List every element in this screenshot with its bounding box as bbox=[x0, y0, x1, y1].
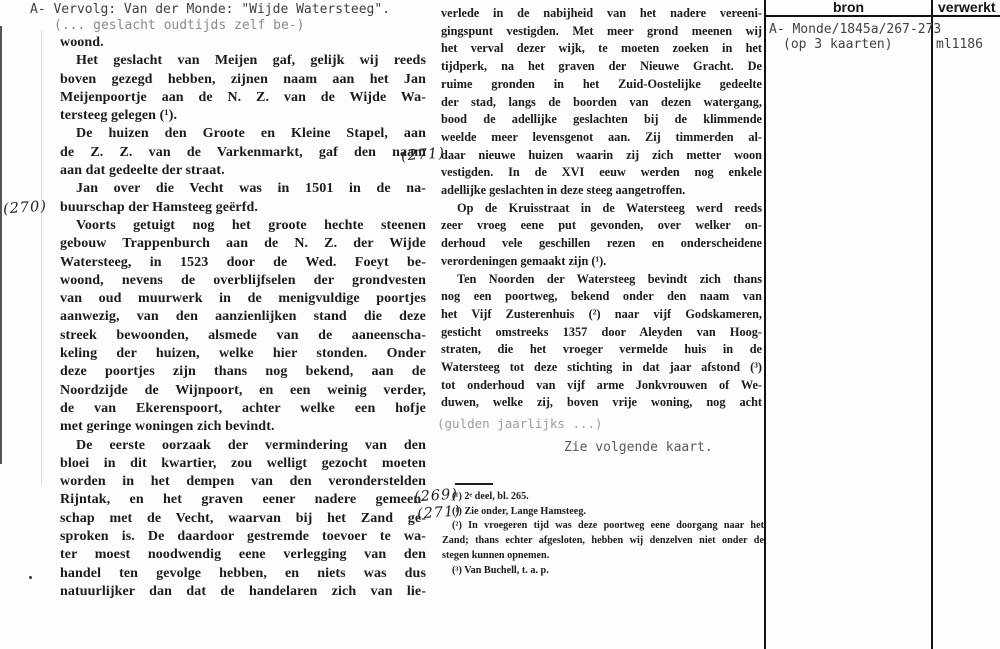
scanned-archive-card: A- Vervolg: Van der Monde: "Wijde Waters… bbox=[0, 0, 1000, 649]
text-line: van oud muurwerk in de menigvuldige poor… bbox=[60, 290, 426, 308]
text-line: gebouw Trappenburch aan de N. Z. der Wij… bbox=[60, 235, 426, 253]
text-line: streek bewoonden, alsmede van de aaneens… bbox=[60, 327, 426, 345]
text-line: Het geslacht van Meijen gaf, gelijk wij … bbox=[60, 52, 426, 70]
text-line: boven gezegd hebben, zijnen naam aan het… bbox=[60, 71, 426, 89]
right-text-column: verlede in de nabijheid van het nadere v… bbox=[441, 5, 762, 412]
clipping-edge-shadow bbox=[41, 30, 42, 485]
text-line: gesticht omstreeks 1357 door Aleyden van… bbox=[441, 324, 762, 342]
text-line: aan dat gedeelte der straat. bbox=[60, 162, 426, 180]
typed-note-gulden: (gulden jaarlijks ...) bbox=[437, 416, 603, 431]
table-column-divider bbox=[931, 0, 933, 649]
text-line: straten, die het vroeger vermelde huis i… bbox=[441, 341, 762, 359]
text-line: worden in het dempen van den veronderste… bbox=[60, 473, 426, 491]
text-line: deze poortjes zijn thans nog bekend, aan… bbox=[60, 363, 426, 381]
text-line: Ten Noorden der Watersteeg bevindt zich … bbox=[441, 271, 762, 289]
text-line: vestigden. In de XVI eeuw werden nog enk… bbox=[441, 164, 762, 182]
clipping-edge-line bbox=[0, 26, 2, 464]
text-line: adellijke geslachten in deze steeg aange… bbox=[441, 182, 762, 200]
text-line: zeer vroeg eene put gevonden, over welke… bbox=[441, 217, 762, 235]
text-line: tot onderhoud van vijf arme Jonkvrouwen … bbox=[441, 377, 762, 395]
text-line: verlede in de nabijheid van het nadere v… bbox=[441, 5, 762, 23]
text-line: (³) Van Buchell, t. a. p. bbox=[442, 564, 764, 579]
text-line: Rijntak, en het graven eener nadere geme… bbox=[60, 491, 426, 509]
typed-header-line1: A- Vervolg: Van der Monde: "Wijde Waters… bbox=[30, 2, 390, 17]
text-line: schap met de Vecht, waarvan bij het Zand… bbox=[60, 510, 426, 528]
text-line: bood de adellijke geslachten bij de klim… bbox=[441, 111, 762, 129]
text-line: de Z. Z. van de Varkenmarkt, gaf den naa… bbox=[60, 144, 426, 162]
text-line: daar nieuwe huizen waarin zij zich mette… bbox=[441, 147, 762, 165]
text-line: der stad, langs de boorden van dezen wat… bbox=[441, 94, 762, 112]
bron-value-line2: (op 3 kaarten) bbox=[783, 37, 893, 52]
text-line: stegen kunnen opnemen. bbox=[442, 549, 764, 564]
text-line: buurschap der Hamsteeg geërfd. bbox=[60, 199, 426, 217]
text-line: bloei in dit kwartier, zou welligt gezoc… bbox=[60, 455, 426, 473]
text-line: het Vijf Zusterenhuis (²) naar vijf Gods… bbox=[441, 306, 762, 324]
left-text-column: woond.Het geslacht van Meijen gaf, gelij… bbox=[60, 34, 426, 601]
text-line: Voorts getuigt nog het groote hechte ste… bbox=[60, 217, 426, 235]
text-line: De eerste oorzaak der vermindering van d… bbox=[60, 437, 426, 455]
text-line: met geringe woningen zich bevindt. bbox=[60, 418, 426, 436]
text-line: gingspunt vestigden. Met meer grond meen… bbox=[441, 23, 762, 41]
text-line: nog een poortweg, bekend onder den naam … bbox=[441, 288, 762, 306]
text-line: Zand; thans echter afgesloten, hebben wi… bbox=[442, 534, 764, 549]
text-line: (¹) 2ᵉ deel, bl. 265. bbox=[442, 490, 764, 505]
ink-speck bbox=[29, 576, 32, 579]
text-line: duwen, welke zij, boven vrije woning, no… bbox=[441, 394, 762, 412]
text-line: tijdperk, na het graven der Nieuwe Grach… bbox=[441, 58, 762, 76]
text-line: sproken is. De daardoor gestremde toevoe… bbox=[60, 528, 426, 546]
text-line: Meijenpoortje aan de N. Z. van de Wijde … bbox=[60, 89, 426, 107]
bron-value-line1: A- Monde/1845a/267-273 bbox=[769, 22, 941, 37]
text-line: ruime gronden in het Zuid-Oostelijke ged… bbox=[441, 76, 762, 94]
text-line: derhoud vele geschillen rezen en ondersc… bbox=[441, 235, 762, 253]
typed-header-line2: (... geslacht oudtijds zelf be-) bbox=[54, 18, 304, 33]
table-header-underline bbox=[764, 15, 1000, 17]
text-line: (²) In vroegeren tijd was deze poortweg … bbox=[442, 519, 764, 534]
column-header-verwerkt: verwerkt bbox=[938, 0, 996, 15]
typed-note-next-card: Zie volgende kaart. bbox=[564, 440, 713, 455]
handwritten-page-number-270: (270) bbox=[2, 198, 47, 217]
text-line: Watersteeg, in 1523 door de Wed. Foeyt b… bbox=[60, 254, 426, 272]
text-line: Op de Kruisstraat in de Watersteeg werd … bbox=[441, 200, 762, 218]
text-line: aanwezig, van den aanzienlijken stand di… bbox=[60, 308, 426, 326]
text-line: handel ten gevolge hebben, en niets was … bbox=[60, 565, 426, 583]
footnote-separator-rule bbox=[455, 483, 493, 485]
column-header-bron: bron bbox=[766, 0, 931, 15]
footnotes-block: (¹) 2ᵉ deel, bl. 265.(¹) Zie onder, Lang… bbox=[442, 490, 764, 578]
text-line: het verval dezer wijk, te moeten zoeken … bbox=[441, 40, 762, 58]
text-line: woond. bbox=[60, 34, 426, 52]
text-line: Noordzijde de Wijnpoort, en een weinig v… bbox=[60, 382, 426, 400]
text-line: tersteeg gelegen (¹). bbox=[60, 107, 426, 125]
text-line: keling der huizen, welke hier stonden. O… bbox=[60, 345, 426, 363]
text-line: (¹) Zie onder, Lange Hamsteeg. bbox=[442, 505, 764, 520]
text-line: weelde meer levensgenot aan. Zij timmerd… bbox=[441, 129, 762, 147]
text-line: Jan over die Vecht was in 1501 in de na- bbox=[60, 180, 426, 198]
text-line: De huizen den Groote en Kleine Stapel, a… bbox=[60, 125, 426, 143]
handwritten-page-number-271: (271) bbox=[400, 145, 445, 164]
text-line: woond, nevens de overblijfselen der gron… bbox=[60, 272, 426, 290]
verwerkt-value: ml1186 bbox=[936, 37, 983, 52]
text-line: de van Ekerenspoort, achter welke een ho… bbox=[60, 400, 426, 418]
text-line: verordeningen gemaakt zijn (¹). bbox=[441, 253, 762, 271]
text-line: ter moest noodwendig eene verlegging van… bbox=[60, 546, 426, 564]
text-line: natuurlijker dan dat de handelaren zich … bbox=[60, 583, 426, 601]
table-left-border bbox=[764, 0, 766, 649]
text-line: Watersteeg tot deze stichting in dat jaa… bbox=[441, 359, 762, 377]
